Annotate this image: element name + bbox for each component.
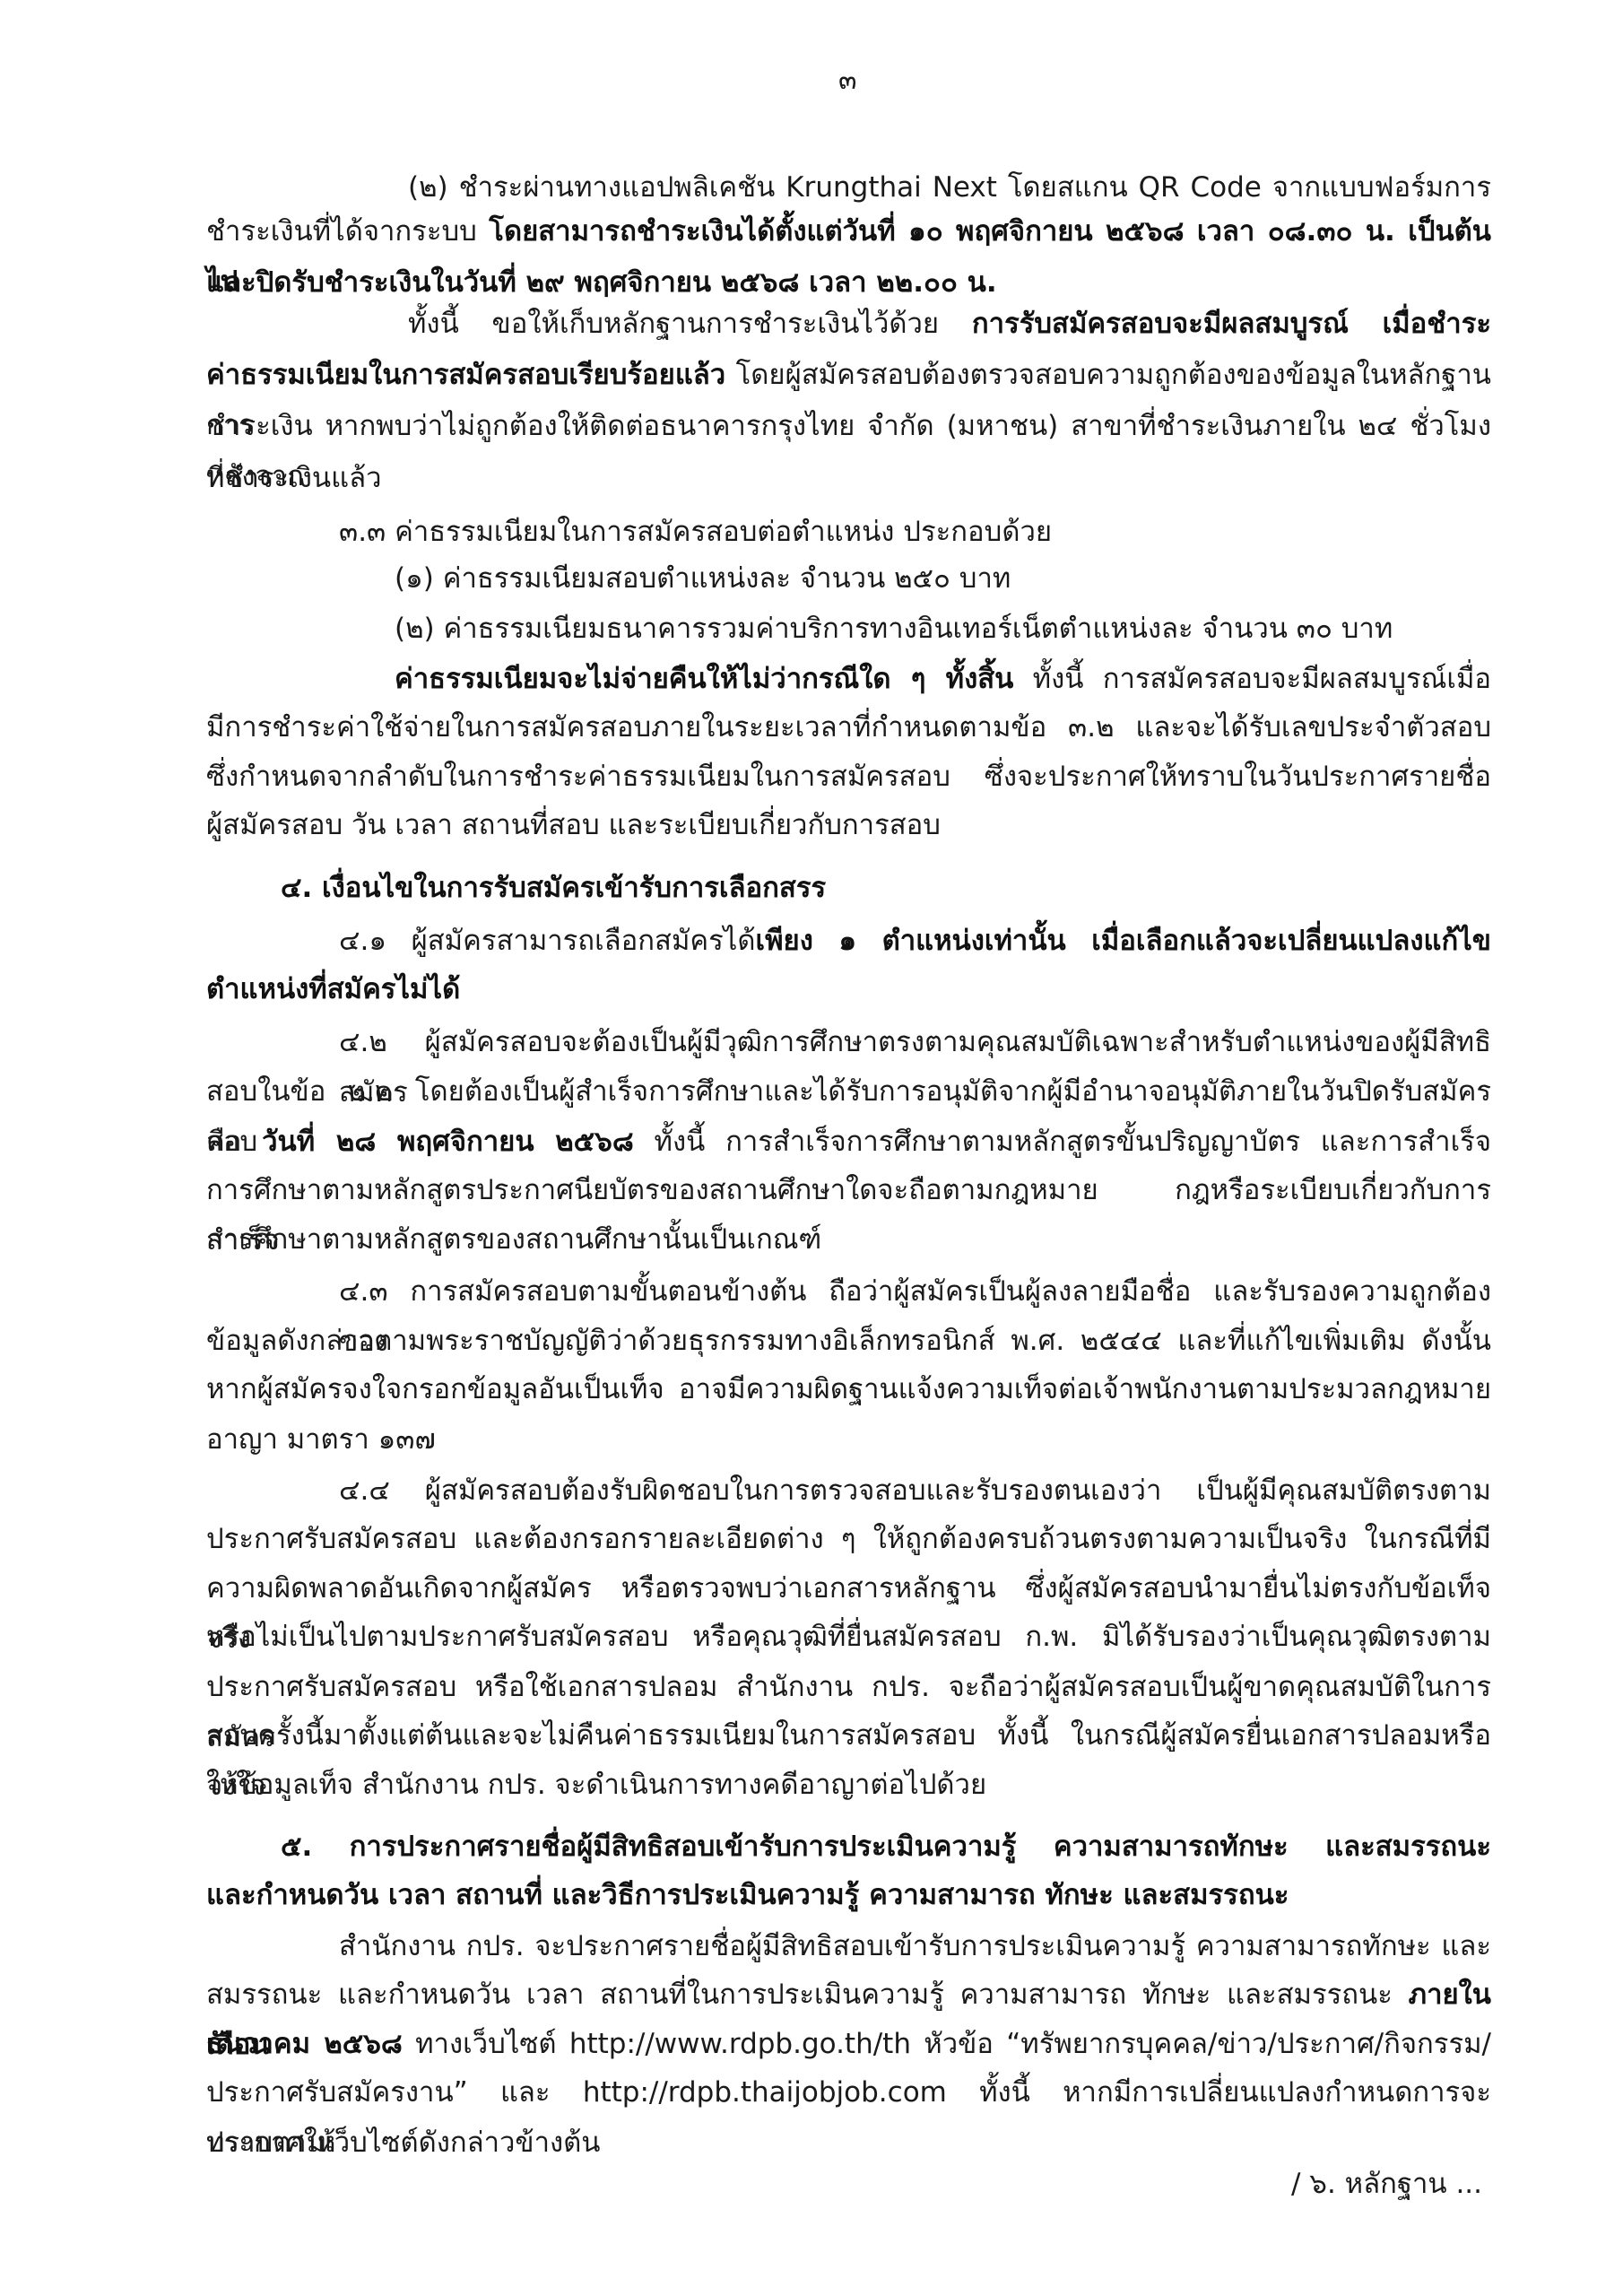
text-run: ที่ชำระเงินแล้ว [206,462,382,494]
section-heading: และกำหนดวัน เวลา สถานที่ และวิธีการประเม… [206,1870,1289,1920]
paragraph-line: ทั้งนี้ ขอให้เก็บหลักฐานการชำระเงินไว้ด้… [408,299,1491,349]
text-run: (๒) ค่าธรรมเนียมธนาคารรวมค่าบริการทางอิน… [395,613,1393,645]
paragraph-line: ความผิดพลาดอันเกิดจากผู้สมัคร หรือตรวจพบ… [206,1563,1491,1613]
bold-text-run: ๕. การประกาศรายชื่อผู้มีสิทธิสอบเข้ารับก… [281,1831,1491,1863]
text-run: ทราบตามเว็บไซต์ดังกล่าวข้างต้น [206,2126,601,2159]
text-run: หรือไม่เป็นไปตามประกาศรับสมัครสอบ หรือคุ… [206,1621,1491,1653]
paragraph-line: ประกาศรับสมัครสอบ และต้องกรอกรายละเอียดต… [206,1514,1491,1564]
subsection-line: ๓.๓ ค่าธรรมเนียมในการสมัครสอบต่อตำแหน่ง … [339,507,1052,557]
subsection-line: ๔.๔ ผู้สมัครสอบต้องรับผิดชอบในการตรวจสอบ… [339,1465,1491,1516]
paragraph-line: สมรรถนะ และกำหนดวัน เวลา สถานที่ในการประ… [206,1970,1491,2020]
paragraph-line: การศึกษาตามหลักสูตรประกาศนียบัตรของสถานศ… [206,1165,1491,1215]
paragraph-line: ชำระเงินที่ได้จากระบบ โดยสามารถชำระเงินไ… [206,206,1491,257]
text-run: สำนักงาน กปร. จะประกาศรายชื่อผู้มีสิทธิส… [339,1930,1491,1962]
paragraph-line: การศึกษาตามหลักสูตรของสถานศึกษานั้นเป็นเ… [206,1214,821,1265]
text-run: ทางเว็บไซต์ http://www.rdpb.go.th/th หัว… [403,2028,1491,2060]
list-item: (๑) ค่าธรรมเนียมสอบตำแหน่งละ จำนวน ๒๕๐ บ… [395,553,1011,604]
bold-text-run: การรับสมัครสอบจะมีผลสมบูรณ์ เมื่อชำระ [972,308,1491,340]
paragraph-line: สำนักงาน กปร. จะประกาศรายชื่อผู้มีสิทธิส… [339,1921,1491,1971]
subsection-line: ๔.๓ การสมัครสอบตามขั้นตอนข้างต้น ถือว่าผ… [339,1266,1491,1317]
bold-text-run: และปิดรับชำระเงินในวันที่ ๒๙ พฤศจิกายน ๒… [206,266,997,299]
paragraph-line: ข้อมูลดังกล่าวตามพระราชบัญญัติว่าด้วยธุร… [206,1316,1491,1366]
paragraph-line: สอบในข้อ ๒.๒ โดยต้องเป็นผู้สำเร็จการศึกษ… [206,1066,1491,1117]
list-item: (๒) ค่าธรรมเนียมธนาคารรวมค่าบริการทางอิน… [395,604,1393,654]
paragraph-line: ซึ่งกำหนดจากลำดับในการชำระค่าธรรมเนียมใน… [206,752,1491,802]
text-run: หากผู้สมัครจงใจกรอกข้อมูลอันเป็นเท็จ อาจ… [206,1373,1491,1405]
paragraph-line: ที่ชำระเงินแล้ว [206,453,382,503]
text-run: อาญา มาตรา ๑๓๗ [206,1423,436,1456]
subsection-line: ๔.๑ ผู้สมัครสามารถเลือกสมัครได้เพียง ๑ ต… [339,916,1491,966]
text-run: (๒) ชำระผ่านทางแอปพลิเคชัน Krungthai Nex… [408,171,1491,204]
paragraph-line: ประกาศรับสมัครสอบ หรือใช้เอกสารปลอม สำนั… [206,1662,1491,1712]
bold-text-run: ค่าธรรมเนียมจะไม่จ่ายคืนให้ไม่ว่ากรณีใด … [395,663,1013,695]
paragraph-line: อาญา มาตรา ๑๓๗ [206,1414,436,1465]
paragraph-line: (๒) ชำระผ่านทางแอปพลิเคชัน Krungthai Nex… [408,162,1491,213]
text-run: (๑) ค่าธรรมเนียมสอบตำแหน่งละ จำนวน ๒๕๐ บ… [395,562,1011,595]
paragraph-line: ประกาศรับสมัครงาน” และ http://rdpb.thaij… [206,2067,1491,2118]
bold-text-run: และกำหนดวัน เวลา สถานที่ และวิธีการประเม… [206,1879,1289,1911]
bold-text-run: ๔. เงื่อนไขในการรับสมัครเข้ารับการเลือกส… [281,872,826,904]
paragraph-line: ชำระเงิน หากพบว่าไม่ถูกต้องให้ติดต่อธนาค… [206,401,1491,451]
text-run: ๔.๑ ผู้สมัครสามารถเลือกสมัครได้ [339,925,756,957]
paragraph-line: ตำแหน่งที่สมัครไม่ได้ [206,964,460,1014]
text-run: ทั้งนี้ ขอให้เก็บหลักฐานการชำระเงินไว้ด้… [408,308,972,340]
paragraph-line: ค่าธรรมเนียมในการสมัครสอบเรียบร้อยแล้ว โ… [206,350,1491,400]
continuation-marker: / ๖. หลักฐาน ... [1291,2159,1482,2209]
text-run: ชำระเงินที่ได้จากระบบ [206,215,489,248]
bold-text-run: ค่าธรรมเนียมในการสมัครสอบเรียบร้อยแล้ว [206,359,725,391]
paragraph-line: ผู้สมัครสอบ วัน เวลา สถานที่สอบ และระเบี… [206,800,941,850]
text-run: ประกาศรับสมัครสอบ และต้องกรอกรายละเอียดต… [206,1523,1491,1555]
text-run: คือ [206,1126,262,1158]
text-run: ทั้งนี้ การสมัครสอบจะมีผลสมบูรณ์เมื่อ [1013,663,1491,695]
paragraph-line: หากผู้สมัครจงใจกรอกข้อมูลอันเป็นเท็จ อาจ… [206,1364,1491,1414]
paragraph-line: มีการชำระค่าใช้จ่ายในการสมัครสอบภายในระย… [206,702,1491,752]
text-run: ให้ข้อมูลเท็จ สำนักงาน กปร. จะดำเนินการท… [206,1769,986,1801]
paragraph-line: ให้ข้อมูลเท็จ สำนักงาน กปร. จะดำเนินการท… [206,1760,986,1810]
document-page: ๓ (๒) ชำระผ่านทางแอปพลิเคชัน Krungthai N… [0,0,1623,2296]
text-run: ๓.๓ ค่าธรรมเนียมในการสมัครสอบต่อตำแหน่ง … [339,516,1052,548]
text-run: มีการชำระค่าใช้จ่ายในการสมัครสอบภายในระย… [206,711,1491,744]
bold-text-run: เพียง ๑ ตำแหน่งเท่านั้น เมื่อเลือกแล้วจะ… [756,925,1491,957]
bold-text-run: ธันวาคม ๒๕๖๘ [206,2028,403,2060]
paragraph-line: ค่าธรรมเนียมจะไม่จ่ายคืนให้ไม่ว่ากรณีใด … [395,654,1491,704]
text-run: การศึกษาตามหลักสูตรของสถานศึกษานั้นเป็นเ… [206,1223,821,1256]
text-run: ข้อมูลดังกล่าวตามพระราชบัญญัติว่าด้วยธุร… [206,1325,1491,1357]
section-heading: ๔. เงื่อนไขในการรับสมัครเข้ารับการเลือกส… [281,863,826,913]
text-run: ทั้งนี้ การสำเร็จการศึกษาตามหลักสูตรขั้น… [634,1126,1491,1158]
bold-text-run: วันที่ ๒๘ พฤศจิกายน ๒๕๖๘ [262,1126,634,1158]
text-run: ชำระเงิน หากพบว่าไม่ถูกต้องให้ติดต่อธนาค… [206,410,1491,492]
text-run: ๔.๔ ผู้สมัครสอบต้องรับผิดชอบในการตรวจสอบ… [339,1474,1491,1507]
paragraph-line: ทราบตามเว็บไซต์ดังกล่าวข้างต้น [206,2118,601,2168]
bold-text-run: ตำแหน่งที่สมัครไม่ได้ [206,973,460,1005]
paragraph-line: สอบครั้งนี้มาตั้งแต่ต้นและจะไม่คืนค่าธรร… [206,1710,1491,1761]
paragraph-line: คือ วันที่ ๒๘ พฤศจิกายน ๒๕๖๘ ทั้งนี้ การ… [206,1117,1491,1167]
page-number: ๓ [838,56,857,106]
paragraph-line: หรือไม่เป็นไปตามประกาศรับสมัครสอบ หรือคุ… [206,1612,1491,1662]
text-run: ผู้สมัครสอบ วัน เวลา สถานที่สอบ และระเบี… [206,809,941,841]
text-run: ซึ่งกำหนดจากลำดับในการชำระค่าธรรมเนียมใน… [206,761,1491,793]
text-run: สมรรถนะ และกำหนดวัน เวลา สถานที่ในการประ… [206,1979,1409,2011]
subsection-line: ๔.๒ ผู้สมัครสอบจะต้องเป็นผู้มีวุฒิการศึก… [339,1017,1491,1067]
paragraph-line: ธันวาคม ๒๕๖๘ ทางเว็บไซต์ http://www.rdpb… [206,2019,1491,2069]
section-heading: ๕. การประกาศรายชื่อผู้มีสิทธิสอบเข้ารับก… [281,1822,1491,1872]
